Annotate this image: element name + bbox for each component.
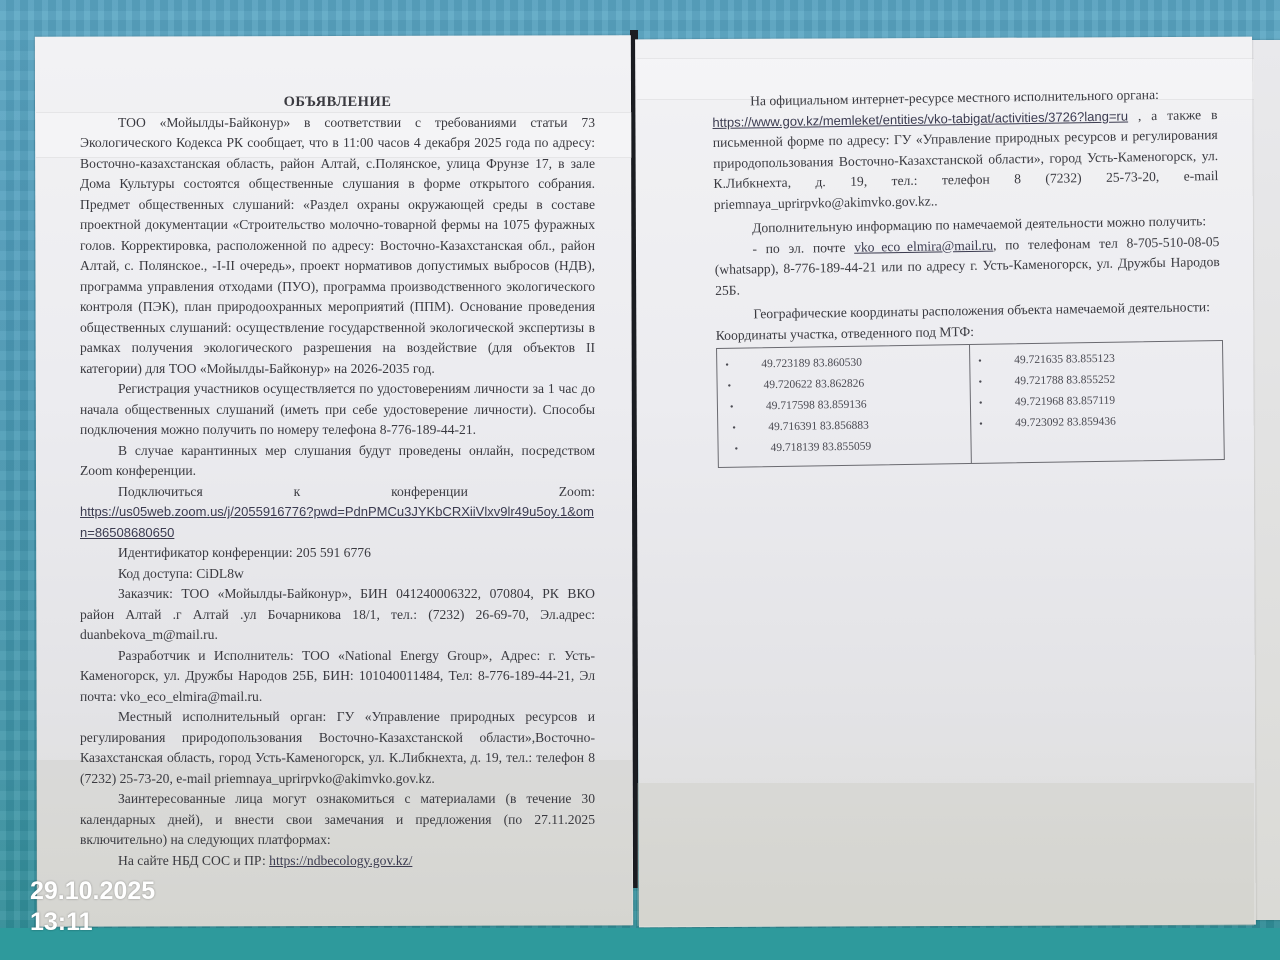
customer-paragraph: Заказчик: ТОО «Мойылды-Байконур», БИН 04…	[80, 584, 595, 646]
coordinate-value: 49.723189 83.860530	[761, 353, 862, 376]
quarantine-paragraph: В случае карантинных мер слушания будут …	[80, 441, 595, 482]
coordinate-value: 49.720622 83.862826	[763, 374, 864, 397]
contacts-email-link[interactable]: vko_eco_elmira@mail.ru	[854, 237, 993, 254]
timestamp-date: 29.10.2025	[30, 876, 155, 907]
contacts-paragraph: - по эл. почте vko_eco_elmira@mail.ru, п…	[714, 232, 1220, 301]
coordinate-value: 49.718139 83.855059	[770, 437, 871, 460]
coordinate-item: •49.718139 83.855059	[734, 435, 970, 460]
bullet-icon: •	[979, 392, 1015, 414]
bullet-icon: •	[732, 417, 768, 439]
bullet-icon: •	[978, 371, 1014, 393]
nbd-link[interactable]: https://ndbecology.gov.kz/	[269, 853, 412, 868]
nbd-label: На сайте НБД СОС и ПР:	[118, 853, 269, 868]
conference-id: Идентификатор конференции: 205 591 6776	[80, 543, 595, 564]
photo-timestamp: 29.10.2025 13:11	[30, 876, 155, 938]
registration-paragraph: Регистрация участников осуществляется по…	[80, 379, 595, 441]
coordinate-value: 49.721635 83.855123	[1014, 349, 1115, 372]
coordinate-value: 49.717598 83.859136	[766, 395, 867, 418]
access-code: Код доступа: CiDL8w	[80, 564, 595, 585]
bullet-icon: •	[734, 438, 770, 460]
intro-paragraph: ТОО «Мойылды-Байконур» в соответствии с …	[80, 113, 595, 380]
contacts-prefix: - по эл. почте	[752, 239, 854, 256]
coordinate-value: 49.716391 83.856883	[768, 416, 869, 439]
coordinates-table: •49.723189 83.860530•49.720622 83.862826…	[716, 340, 1225, 468]
official-resource-link[interactable]: https://www.gov.kz/memleket/entities/vko…	[712, 108, 1128, 130]
coordinate-value: 49.723092 83.859436	[1015, 412, 1116, 435]
bullet-icon: •	[730, 396, 766, 418]
left-page-text: ОБЪЯВЛЕНИЕ ТОО «Мойылды-Байконур» в соот…	[80, 92, 595, 871]
notice-title: ОБЪЯВЛЕНИЕ	[80, 92, 595, 113]
coordinate-value: 49.721788 83.855252	[1014, 370, 1115, 393]
bullet-icon: •	[979, 413, 1015, 435]
local-authority-paragraph: Местный исполнительный орган: ГУ «Управл…	[80, 707, 595, 789]
coordinate-value: 49.721968 83.857119	[1015, 391, 1116, 414]
bullet-icon: •	[978, 350, 1014, 372]
right-page-text: На официальном интернет-ресурсе местного…	[712, 84, 1223, 468]
coordinates-column-right: •49.721635 83.855123•49.721788 83.855252…	[969, 341, 1224, 463]
zoom-link[interactable]: https://us05web.zoom.us/j/2055916776?pwd…	[80, 504, 594, 540]
official-resource-paragraph: https://www.gov.kz/memleket/entities/vko…	[712, 105, 1219, 215]
bullet-icon: •	[725, 354, 761, 376]
wall-bottom	[0, 928, 1280, 960]
bullet-icon: •	[727, 375, 763, 397]
coordinate-item: •49.723092 83.859436	[979, 410, 1223, 435]
paper-fold-shade	[637, 783, 1254, 926]
interested-parties-paragraph: Заинтересованные лица могут ознакомиться…	[80, 789, 595, 851]
zoom-connect-label: Подключиться к конференции Zoom:	[80, 482, 595, 503]
coordinates-column-left: •49.723189 83.860530•49.720622 83.862826…	[717, 345, 971, 467]
nbd-platform-line: На сайте НБД СОС и ПР: https://ndbecolog…	[80, 851, 595, 872]
developer-paragraph: Разработчик и Исполнитель: ТОО «National…	[80, 646, 595, 708]
timestamp-time: 13:11	[30, 907, 155, 938]
